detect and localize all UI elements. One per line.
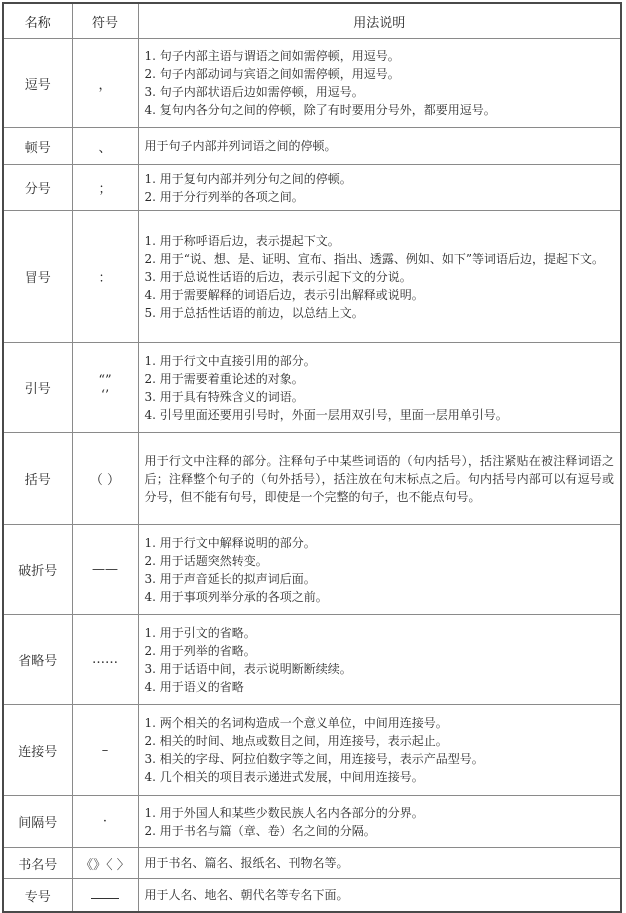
row-name: 破折号 (3, 525, 72, 615)
usage-line: 1. 两个相关的名词构造成一个意义单位，中间用连接号。 (145, 714, 615, 732)
usage-line: 2. 用于“说、想、是、证明、宣布、指出、透露、例如、如下”等词语后边，提起下文… (145, 250, 615, 268)
usage-line: 1. 用于外国人和某些少数民族人名内各部分的分界。 (145, 804, 615, 822)
usage-line: 4. 用于语义的省略 (145, 678, 615, 696)
row-symbol: —— (72, 525, 138, 615)
row-usage: 用于人名、地名、朝代名等专名下面。 (138, 879, 621, 913)
row-symbol: ， (72, 39, 138, 128)
table-row: 省略号 …… 1. 用于引文的省略。 2. 用于列举的省略。 3. 用于话语中间… (3, 615, 621, 705)
row-symbol: ： (72, 211, 138, 343)
row-name: 括号 (3, 433, 72, 525)
row-symbol: – (72, 705, 138, 796)
table-header-row: 名称 符号 用法说明 (3, 3, 621, 39)
row-name: 连接号 (3, 705, 72, 796)
row-name: 省略号 (3, 615, 72, 705)
usage-line: 2. 句子内部动词与宾语之间如需停顿，用逗号。 (145, 65, 615, 83)
usage-line: 2. 相关的时间、地点或数目之间，用连接号，表示起止。 (145, 732, 615, 750)
usage-line: 2. 用于话题突然转变。 (145, 552, 615, 570)
row-symbol: · (72, 796, 138, 848)
row-usage: 1. 句子内部主语与谓语之间如需停顿，用逗号。 2. 句子内部动词与宾语之间如需… (138, 39, 621, 128)
table-row: 连接号 – 1. 两个相关的名词构造成一个意义单位，中间用连接号。 2. 相关的… (3, 705, 621, 796)
table-row: 破折号 —— 1. 用于行文中解释说明的部分。 2. 用于话题突然转变。 3. … (3, 525, 621, 615)
row-name: 间隔号 (3, 796, 72, 848)
row-usage: 1. 用于行文中解释说明的部分。 2. 用于话题突然转变。 3. 用于声音延长的… (138, 525, 621, 615)
double-quote-symbol: “” (74, 373, 137, 388)
row-usage: 用于行文中注释的部分。注释句子中某些词语的（句内括号），括注紧贴在被注释词语之后… (138, 433, 621, 525)
row-symbol: 《》〈 〉 (72, 848, 138, 879)
row-usage: 1. 用于行文中直接引用的部分。 2. 用于需要着重论述的对象。 3. 用于具有… (138, 343, 621, 433)
table-row: 间隔号 · 1. 用于外国人和某些少数民族人名内各部分的分界。 2. 用于书名与… (3, 796, 621, 848)
usage-line: 3. 句子内部状语后边如需停顿，用逗号。 (145, 83, 615, 101)
usage-line: 2. 用于分行列举的各项之间。 (145, 188, 615, 206)
usage-line: 4. 复句内各分句之间的停顿，除了有时要用分号外，都要用逗号。 (145, 101, 615, 119)
row-name: 分号 (3, 165, 72, 211)
row-name: 顿号 (3, 128, 72, 165)
usage-line: 用于句子内部并列词语之间的停顿。 (145, 137, 615, 155)
usage-line: 用于书名、篇名、报纸名、刊物名等。 (145, 854, 615, 872)
usage-line: 3. 相关的字母、阿拉伯数字等之间，用连接号，表示产品型号。 (145, 750, 615, 768)
usage-line: 2. 用于列举的省略。 (145, 642, 615, 660)
row-symbol: “” ‘’ (72, 343, 138, 433)
punctuation-usage-table: 名称 符号 用法说明 逗号 ， 1. 句子内部主语与谓语之间如需停顿，用逗号。 … (2, 2, 622, 913)
row-name: 逗号 (3, 39, 72, 128)
usage-line: 3. 用于总说性话语的后边，表示引起下文的分说。 (145, 268, 615, 286)
single-quote-symbol: ‘’ (74, 388, 137, 403)
usage-line: 1. 用于行文中解释说明的部分。 (145, 534, 615, 552)
row-name: 专号 (3, 879, 72, 913)
usage-line: 1. 用于复句内部并列分句之间的停顿。 (145, 170, 615, 188)
row-symbol: （ ） (72, 433, 138, 525)
row-symbol: …… (72, 615, 138, 705)
underline-mark-icon (91, 888, 119, 899)
row-usage: 用于书名、篇名、报纸名、刊物名等。 (138, 848, 621, 879)
usage-line: 4. 引号里面还要用引号时，外面一层用双引号，里面一层用单引号。 (145, 406, 615, 424)
row-usage: 用于句子内部并列词语之间的停顿。 (138, 128, 621, 165)
usage-line: 3. 用于话语中间，表示说明断断续续。 (145, 660, 615, 678)
usage-line: 3. 用于声音延长的拟声词后面。 (145, 570, 615, 588)
usage-line: 2. 用于需要着重论述的对象。 (145, 370, 615, 388)
usage-line: 4. 几个相关的项目表示递进式发展，中间用连接号。 (145, 768, 615, 786)
usage-line: 1. 句子内部主语与谓语之间如需停顿，用逗号。 (145, 47, 615, 65)
usage-line: 用于行文中注释的部分。注释句子中某些词语的（句内括号），括注紧贴在被注释词语之后… (145, 452, 615, 506)
row-usage: 1. 两个相关的名词构造成一个意义单位，中间用连接号。 2. 相关的时间、地点或… (138, 705, 621, 796)
table-row: 书名号 《》〈 〉 用于书名、篇名、报纸名、刊物名等。 (3, 848, 621, 879)
row-usage: 1. 用于称呼语后边，表示提起下文。 2. 用于“说、想、是、证明、宣布、指出、… (138, 211, 621, 343)
header-usage: 用法说明 (138, 3, 621, 39)
usage-line: 1. 用于引文的省略。 (145, 624, 615, 642)
table-row: 括号 （ ） 用于行文中注释的部分。注释句子中某些词语的（句内括号），括注紧贴在… (3, 433, 621, 525)
row-usage: 1. 用于复句内部并列分句之间的停顿。 2. 用于分行列举的各项之间。 (138, 165, 621, 211)
punctuation-table-container: 名称 符号 用法说明 逗号 ， 1. 句子内部主语与谓语之间如需停顿，用逗号。 … (2, 2, 622, 913)
header-name: 名称 (3, 3, 72, 39)
row-usage: 1. 用于外国人和某些少数民族人名内各部分的分界。 2. 用于书名与篇（章、卷）… (138, 796, 621, 848)
row-symbol (72, 879, 138, 913)
table-row: 分号 ； 1. 用于复句内部并列分句之间的停顿。 2. 用于分行列举的各项之间。 (3, 165, 621, 211)
usage-line: 4. 用于事项列举分承的各项之前。 (145, 588, 615, 606)
row-usage: 1. 用于引文的省略。 2. 用于列举的省略。 3. 用于话语中间，表示说明断断… (138, 615, 621, 705)
table-row: 引号 “” ‘’ 1. 用于行文中直接引用的部分。 2. 用于需要着重论述的对象… (3, 343, 621, 433)
usage-line: 1. 用于行文中直接引用的部分。 (145, 352, 615, 370)
usage-line: 5. 用于总括性话语的前边，以总结上文。 (145, 304, 615, 322)
row-symbol: 、 (72, 128, 138, 165)
row-name: 引号 (3, 343, 72, 433)
row-name: 书名号 (3, 848, 72, 879)
row-name: 冒号 (3, 211, 72, 343)
row-symbol: ； (72, 165, 138, 211)
table-row: 冒号 ： 1. 用于称呼语后边，表示提起下文。 2. 用于“说、想、是、证明、宣… (3, 211, 621, 343)
table-row: 顿号 、 用于句子内部并列词语之间的停顿。 (3, 128, 621, 165)
header-symbol: 符号 (72, 3, 138, 39)
usage-line: 4. 用于需要解释的词语后边，表示引出解释或说明。 (145, 286, 615, 304)
usage-line: 3. 用于具有特殊含义的词语。 (145, 388, 615, 406)
usage-line: 1. 用于称呼语后边，表示提起下文。 (145, 232, 615, 250)
table-row: 专号 用于人名、地名、朝代名等专名下面。 (3, 879, 621, 913)
table-row: 逗号 ， 1. 句子内部主语与谓语之间如需停顿，用逗号。 2. 句子内部动词与宾… (3, 39, 621, 128)
usage-line: 用于人名、地名、朝代名等专名下面。 (145, 886, 615, 904)
usage-line: 2. 用于书名与篇（章、卷）名之间的分隔。 (145, 822, 615, 840)
